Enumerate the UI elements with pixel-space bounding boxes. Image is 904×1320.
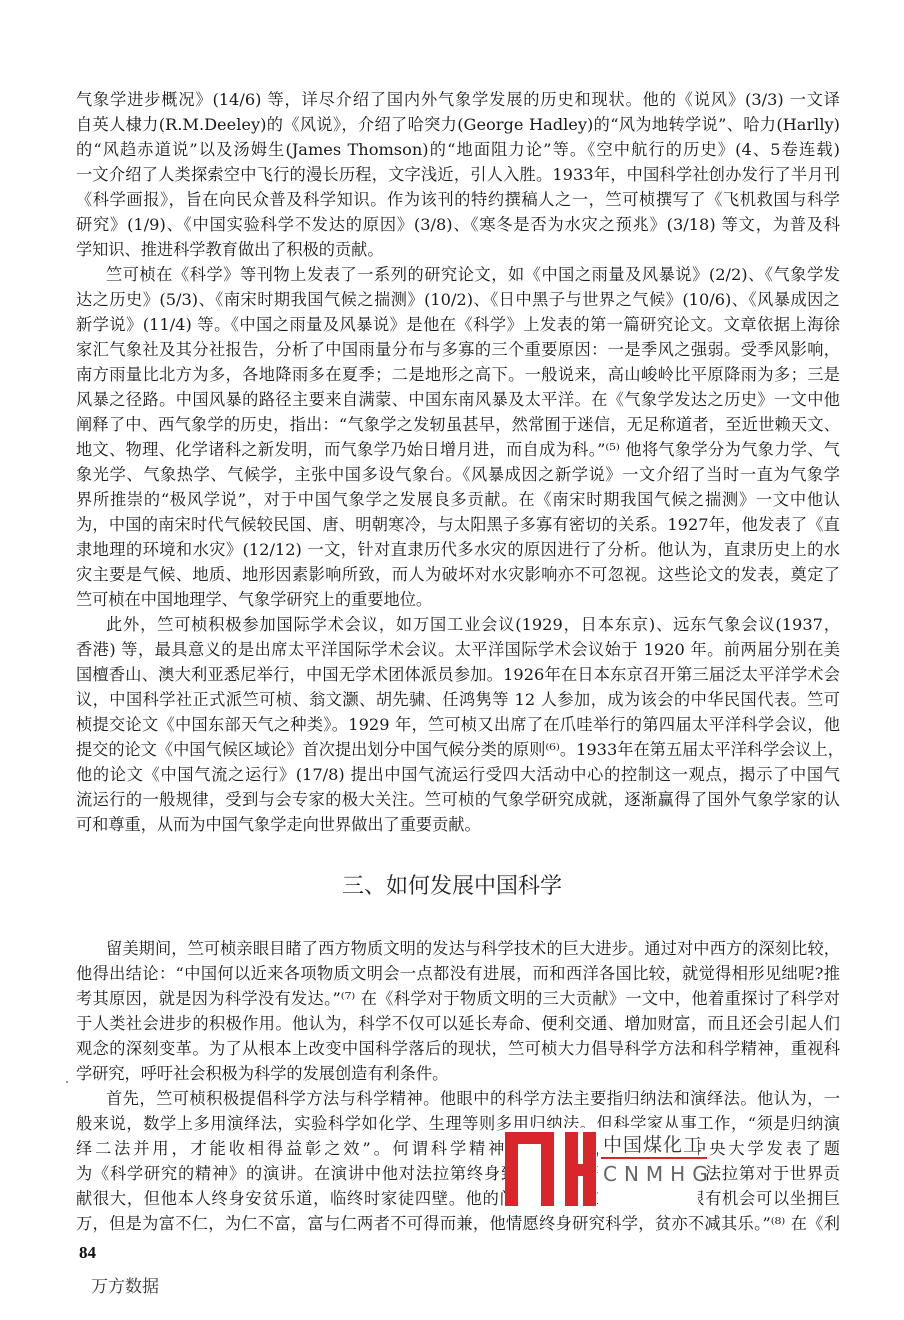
source-label: 万方数据 (91, 1272, 159, 1297)
text-line: 阐释了中、西气象学的历史，指出：“气象学之发轫虽甚早，然常囿于迷信，无足称道者，… (76, 412, 840, 437)
text-line: 自英人棣力(R.M.Deeley)的《风说》，介绍了哈突力(George Had… (76, 112, 840, 137)
text-line: 地文、物理、化学诸科之新发明，而气象学乃始日增月进，而自成为科。”⁽⁵⁾ 他将气… (76, 437, 840, 462)
text-line: 他的论文《中国气流之运行》(17/8) 提出中国气流运行受四大活动中心的控制这一… (76, 762, 840, 787)
scan-speck (830, 1038, 832, 1040)
text-line: 竺可桢在《科学》等刊物上发表了一系列的研究论文，如《中国之雨量及风暴说》(2/2… (106, 262, 840, 287)
text-line: 流运行的一般规律，受到与会专家的极大关注。竺可桢的气象学研究成就，逐渐赢得了国外… (76, 787, 840, 812)
text-line: 为，中国的南宋时代气候较民国、唐、明朝寒冷，与太阳黑子多寡有密切的关系。1927… (76, 512, 840, 537)
text-line: 香港) 等，最具意义的是出席太平洋国际学术会议。太平洋国际学术会议始于 1920… (76, 637, 840, 662)
text-line: 考其原因，就是因为科学没有发达。”⁽⁷⁾ 在《科学对于物质文明的三大贡献》一文中… (76, 986, 840, 1011)
text-line: 《科学画报》，旨在向民众普及科学知识。作为该刊的特约撰稿人之一，竺可桢撰写了《飞… (76, 187, 840, 212)
text-line: 可和尊重，从而为中国气象学走向世界做出了重要贡献。 (76, 812, 840, 837)
text-line: 此外，竺可桢积极参加国际学术会议，如万国工业会议(1929，日本东京)、远东气象… (106, 612, 840, 637)
watermark-name-cn: 中国煤化工 (603, 1130, 703, 1157)
text-line: 议，中国科学社正式派竺可桢、翁文灏、胡先骕、任鸿隽等 12 人参加，成为该会的中… (76, 687, 840, 712)
text-line: 家汇气象社及其分社报告，分析了中国雨量分布与多寡的三个重要原因：一是季风之强弱。… (76, 337, 840, 362)
text-line: 观念的深刻变革。为了从根本上改变中国科学落后的现状，竺可桢大力倡导科学方法和科学… (76, 1036, 840, 1061)
text-line: 达之历史》(5/3)、《南宋时期我国气候之揣测》(10/2)、《日中黑子与世界之… (76, 287, 840, 312)
text-line: 界所推崇的“极风学说”，对于中国气象学之发展良多贡献。在《南宋时期我国气候之揣测… (76, 487, 840, 512)
text-line: 国檀香山、澳大利亚悉尼举行，中国无学术团体派员参加。1926年在日本东京召开第三… (76, 662, 840, 687)
text-line: 气象学进步概况》(14/6) 等，详尽介绍了国内外气象学发展的历史和现状。他的《… (76, 87, 840, 112)
text-line: 于人类社会进步的积极作用。他认为，科学不仅可以延长寿命、便利交通、增加财富，而且… (76, 1011, 840, 1036)
text-line: 首先，竺可桢积极提倡科学方法与科学精神。他眼中的科学方法主要指归纳法和演绎法。他… (106, 1086, 840, 1111)
text-line: 象光学、气象热学、气候学，主张中国多设气象台。《风暴成因之新学说》一文介绍了当时… (76, 462, 840, 487)
section-heading: 三、如何发展中国科学 (0, 872, 904, 902)
text-line: 提交的论文《中国气候区域论》首次提出划分中国气候分类的原则⁽⁶⁾。1933年在第… (76, 737, 840, 762)
text-line: 他得出结论：“中国何以近来各项物质文明会一点都没有进展，而和西洋各国比较，就觉得… (76, 961, 840, 986)
text-line: 研究》(1/9)、《中国实验科学不发达的原因》(3/8)、《寒冬是否为水灾之预兆… (76, 212, 840, 237)
page-number: 84 (79, 1243, 96, 1263)
text-line: 隶地理的环境和水灾》(12/12) 一文，针对直隶历代多水灾的原因进行了分析。他… (76, 537, 840, 562)
text-line: 竺可桢在中国地理学、气象学研究上的重要地位。 (76, 587, 840, 612)
text-line: 风暴之径路。中国风暴的路径主要来自满蒙、中国东南风暴及太平洋。在《气象学发达之历… (76, 387, 840, 412)
document-page: 气象学进步概况》(14/6) 等，详尽介绍了国内外气象学发展的历史和现状。他的《… (0, 0, 904, 1320)
text-line: 桢提交论文《中国东部天气之种类》。1929 年，竺可桢又出席了在爪哇举行的第四届… (76, 712, 840, 737)
text-line: 的“风趋赤道说”以及汤姆生(James Thomson)的“地面阻力论”等。《空… (76, 137, 840, 162)
watermark-name-en: CNMHG (603, 1162, 715, 1186)
text-line: 万，但是为富不仁，为仁不富，富与仁两者不可得而兼，他情愿终身研究科学，贫亦不减其… (76, 1211, 840, 1236)
watermark-divider (601, 1157, 707, 1159)
text-line: 新学说》(11/4) 等。《中国之雨量及风暴说》是他在《科学》上发表的第一篇研究… (76, 312, 840, 337)
text-line: 南方雨量比北方为多，各地降雨多在夏季；二是地形之高下。一般说来，高山峻岭比平原降… (76, 362, 840, 387)
scan-speck (66, 1081, 68, 1083)
text-line: 学知识、推进科学教育做出了积极的贡献。 (76, 237, 840, 262)
text-line: 一文介绍了人类探索空中飞行的漫长历程，文字浅近，引人入胜。1933年，中国科学社… (76, 162, 840, 187)
text-line: 留美期间，竺可桢亲眼目睹了西方物质文明的发达与科学技术的巨大进步。通过对中西方的… (106, 936, 840, 961)
text-line: 学研究，呼吁社会积极为科学的发展创造有利条件。 (76, 1061, 840, 1086)
text-line: 灾主要是气候、地质、地形因素影响所致，而人为破坏对水灾影响亦不可忽视。这些论文的… (76, 562, 840, 587)
